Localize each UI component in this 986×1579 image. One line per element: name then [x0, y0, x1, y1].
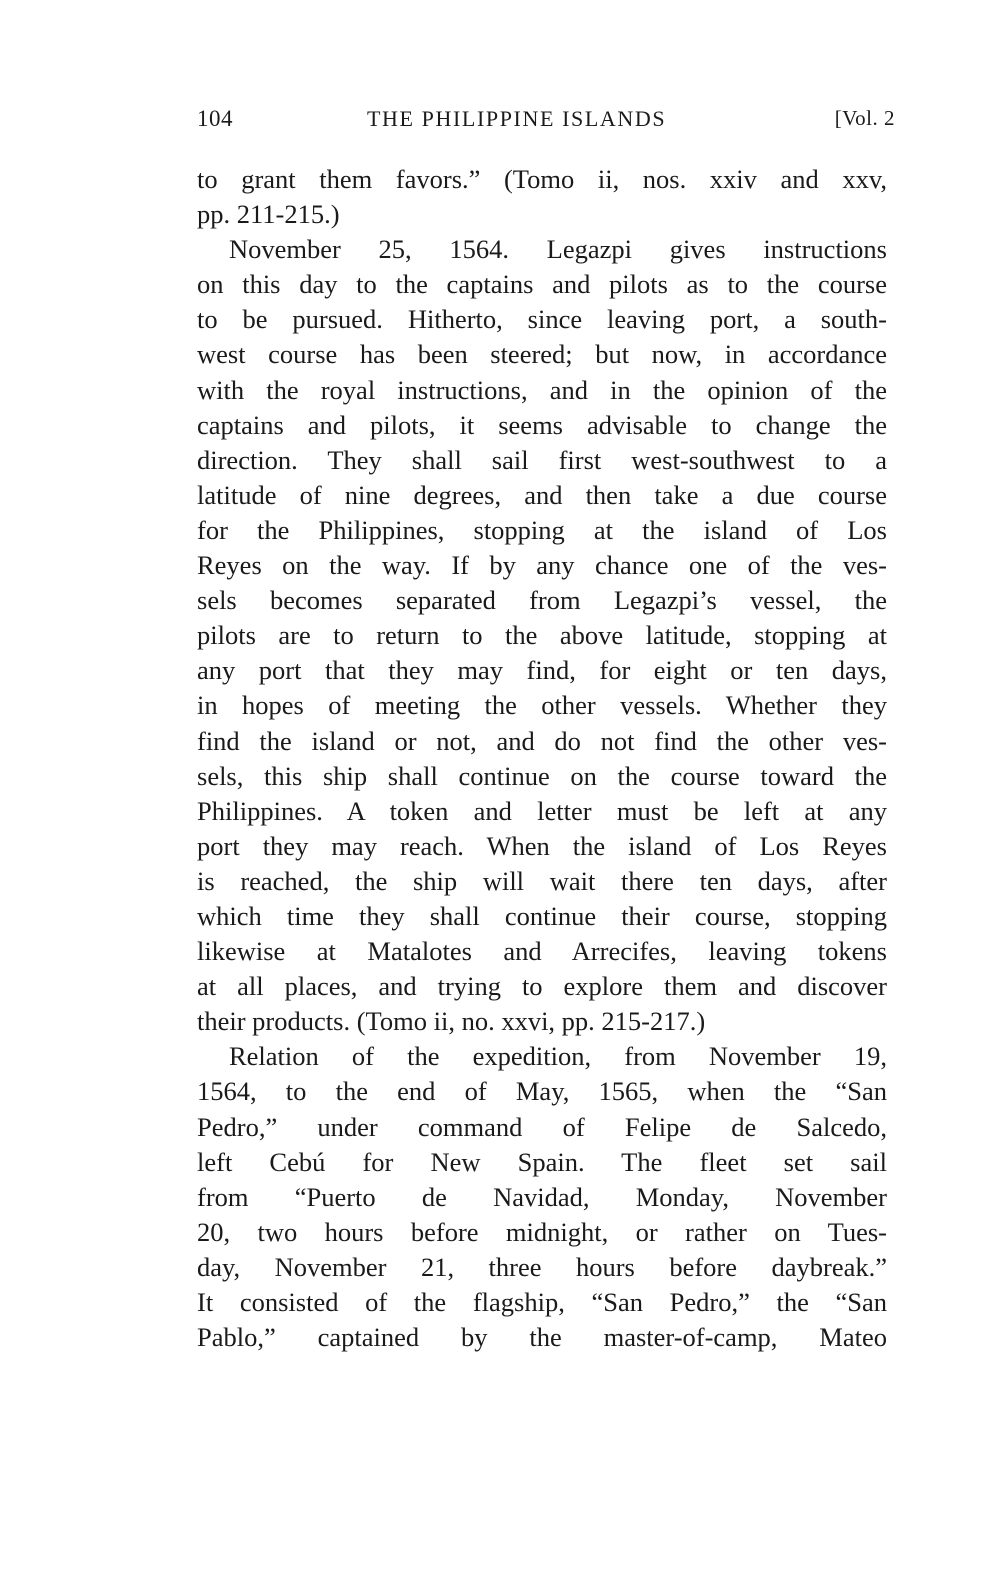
text-line: likewise at Matalotes and Arrecifes, lea… — [197, 934, 887, 969]
text-line: Relation of the expedition, from Novembe… — [197, 1039, 887, 1074]
text-line: pilots are to return to the above latitu… — [197, 618, 887, 653]
text-line: 1564, to the end of May, 1565, when the … — [197, 1074, 887, 1109]
running-head: 104 THE PHILIPPINE ISLANDS [Vol. 2 — [197, 106, 895, 138]
text-line: pp. 211-215.) — [197, 197, 887, 232]
paragraph: November 25, 1564. Legazpi gives instruc… — [197, 232, 887, 1039]
volume-label: [Vol. 2 — [835, 106, 895, 131]
text-line: find the island or not, and do not find … — [197, 724, 887, 759]
text-line: Pedro,” under command of Felipe de Salce… — [197, 1110, 887, 1145]
text-line: day, November 21, three hours before day… — [197, 1250, 887, 1285]
text-line: Reyes on the way. If by any chance one o… — [197, 548, 887, 583]
text-line: to be pursued. Hitherto, since leaving p… — [197, 302, 887, 337]
text-line: sels, this ship shall continue on the co… — [197, 759, 887, 794]
text-line: to grant them favors.” (Tomo ii, nos. xx… — [197, 162, 887, 197]
text-line: which time they shall continue their cou… — [197, 899, 887, 934]
paragraph: Relation of the expedition, from Novembe… — [197, 1039, 887, 1355]
text-line: on this day to the captains and pilots a… — [197, 267, 887, 302]
text-line: captains and pilots, it seems advisable … — [197, 408, 887, 443]
text-line: direction. They shall sail first west-so… — [197, 443, 887, 478]
text-line: sels becomes separated from Legazpi’s ve… — [197, 583, 887, 618]
text-line: left Cebú for New Spain. The fleet set s… — [197, 1145, 887, 1180]
text-line: at all places, and trying to explore the… — [197, 969, 887, 1004]
text-line: port they may reach. When the island of … — [197, 829, 887, 864]
text-line: latitude of nine degrees, and then take … — [197, 478, 887, 513]
paragraph: to grant them favors.” (Tomo ii, nos. xx… — [197, 162, 887, 232]
text-line: in hopes of meeting the other vessels. W… — [197, 688, 887, 723]
body-text: to grant them favors.” (Tomo ii, nos. xx… — [197, 162, 887, 1355]
text-line: from “Puerto de Navidad, Monday, Novembe… — [197, 1180, 887, 1215]
text-line: Philippines. A token and letter must be … — [197, 794, 887, 829]
text-line: November 25, 1564. Legazpi gives instruc… — [197, 232, 887, 267]
text-line: with the royal instructions, and in the … — [197, 373, 887, 408]
page-number: 104 — [197, 106, 233, 132]
text-line: their products. (Tomo ii, no. xxvi, pp. … — [197, 1004, 887, 1039]
text-line: for the Philippines, stopping at the isl… — [197, 513, 887, 548]
text-line: any port that they may find, for eight o… — [197, 653, 887, 688]
text-line: 20, two hours before midnight, or rather… — [197, 1215, 887, 1250]
text-line: west course has been steered; but now, i… — [197, 337, 887, 372]
text-line: It consisted of the flagship, “San Pedro… — [197, 1285, 887, 1320]
book-title: THE PHILIPPINE ISLANDS — [367, 106, 666, 132]
text-line: Pablo,” captained by the master-of-camp,… — [197, 1320, 887, 1355]
text-line: is reached, the ship will wait there ten… — [197, 864, 887, 899]
book-page: 104 THE PHILIPPINE ISLANDS [Vol. 2 to gr… — [0, 0, 986, 1579]
